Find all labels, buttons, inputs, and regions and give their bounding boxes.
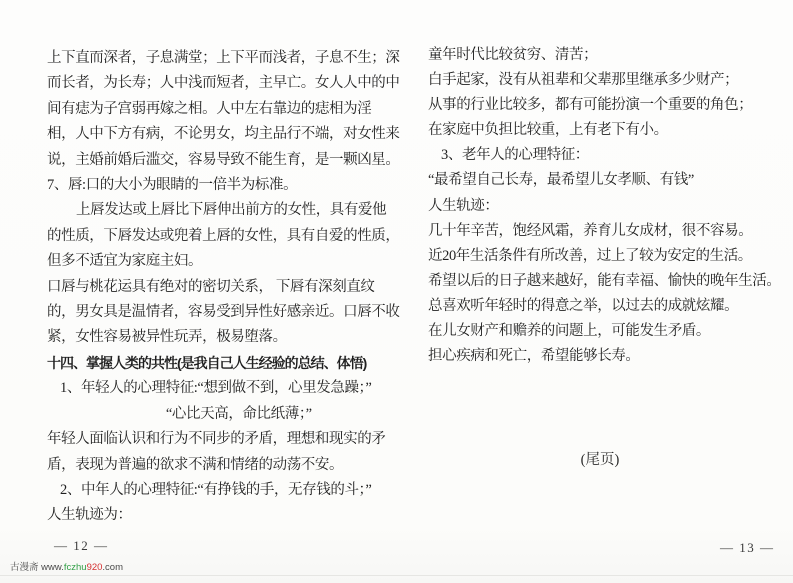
page-number-right: — 13 —: [720, 540, 775, 556]
text-line: 盾，表现为普遍的欲求不满和情绪的动荡不安。: [47, 453, 405, 478]
text-line: 近20年生活条件有所改善，过上了较为安定的生活。: [428, 244, 792, 269]
text-line: 在家庭中负担比较重，上有老下有小。: [428, 118, 792, 143]
text-line: 总喜欢听年轻时的得意之举，以过去的成就炫耀。: [428, 294, 792, 319]
text-line: 从事的行业比较多，都有可能扮演一个重要的角色；: [428, 93, 792, 118]
text-line: 说，主婚前婚后滥交，容易导致不能生育，是一颗凶星。: [47, 148, 405, 173]
text-line: 十四、掌握人类的共性(是我自己人生经验的总结、体悟): [47, 351, 405, 376]
text-line: 担心疾病和死亡，希望能够长寿。: [428, 344, 792, 369]
text-line: 上唇发达或上唇比下唇伸出前方的女性，具有爱他: [47, 198, 405, 223]
text-line: 而长者，为长寿；人中浅而短者，主早亡。女人人中的中: [47, 71, 405, 96]
text-line: 间有痣为子宫弱再嫁之相。人中左右靠边的痣相为淫: [47, 97, 405, 122]
text-line: 的性质，下唇发达或兜着上唇的女性，具有自爱的性质，: [47, 224, 405, 249]
right-page-text-column: 童年时代比较贫穷、清苦；白手起家，没有从祖辈和父辈那里继承多少财产；从事的行业比…: [428, 43, 792, 369]
text-line: “心比天高，命比纸薄；”: [47, 402, 405, 427]
text-line: “最希望自己长寿，最希望儿女孝顺、有钱”: [428, 168, 792, 193]
watermark: 古漫斋 www.fczhu920.com: [10, 559, 123, 573]
text-line: 上下直而深者，子息满堂；上下平而浅者，子息不生；深: [47, 46, 405, 71]
text-line: 在儿女财产和赡养的问题上，可能发生矛盾。: [428, 319, 792, 344]
watermark-tld: .com: [102, 562, 123, 573]
text-line: 相，人中下方有病，不论男女，均主品行不端，对女性来: [47, 122, 405, 147]
text-line: 1、年轻人的心理特征:“想到做不到，心里发急躁；”: [47, 376, 405, 401]
text-line: 希望以后的日子越来越好，能有幸福、愉快的晚年生活。: [428, 269, 792, 294]
watermark-www: www.: [41, 562, 64, 573]
text-line: 的，男女具是温情者，容易受到异性好感亲近。口唇不收: [47, 300, 405, 325]
text-line: 但多不适宜为家庭主妇。: [47, 249, 405, 274]
text-line: 人生轨迹：: [428, 194, 792, 219]
text-line: 2、中年人的心理特征:“有挣钱的手，无存钱的斗；”: [47, 478, 405, 503]
watermark-domain-name: fczhu: [64, 562, 87, 573]
text-line: 紧，女性容易被异性玩弄，极易堕落。: [47, 325, 405, 350]
text-line: 7、唇:口的大小为眼睛的一倍半为标准。: [47, 173, 405, 198]
text-line: 童年时代比较贫穷、清苦；: [428, 43, 792, 68]
page-number-left: — 12 —: [54, 538, 109, 554]
text-line: 人生轨迹为：: [47, 503, 405, 528]
text-line: 3、老年人的心理特征：: [428, 143, 792, 168]
scan-bottom-edge: [0, 575, 793, 576]
text-line: 几十年辛苦，饱经风霜，养育儿女成材，很不容易。: [428, 219, 792, 244]
watermark-domain-number: 920: [87, 562, 103, 573]
text-line: 白手起家，没有从祖辈和父辈那里继承多少财产；: [428, 68, 792, 93]
text-line: 口唇与桃花运具有绝对的密切关系， 下唇有深刻直纹: [47, 275, 405, 300]
watermark-studio: 古漫斋: [10, 562, 41, 573]
scanned-document: 上下直而深者，子息满堂；上下平而浅者，子息不生；深而长者，为长寿；人中浅而短者，…: [0, 0, 793, 583]
tail-note: (尾页): [540, 448, 660, 469]
left-page-text-column: 上下直而深者，子息满堂；上下平而浅者，子息不生；深而长者，为长寿；人中浅而短者，…: [47, 46, 405, 529]
text-line: 年轻人面临认识和行为不同步的矛盾，理想和现实的矛: [47, 427, 405, 452]
